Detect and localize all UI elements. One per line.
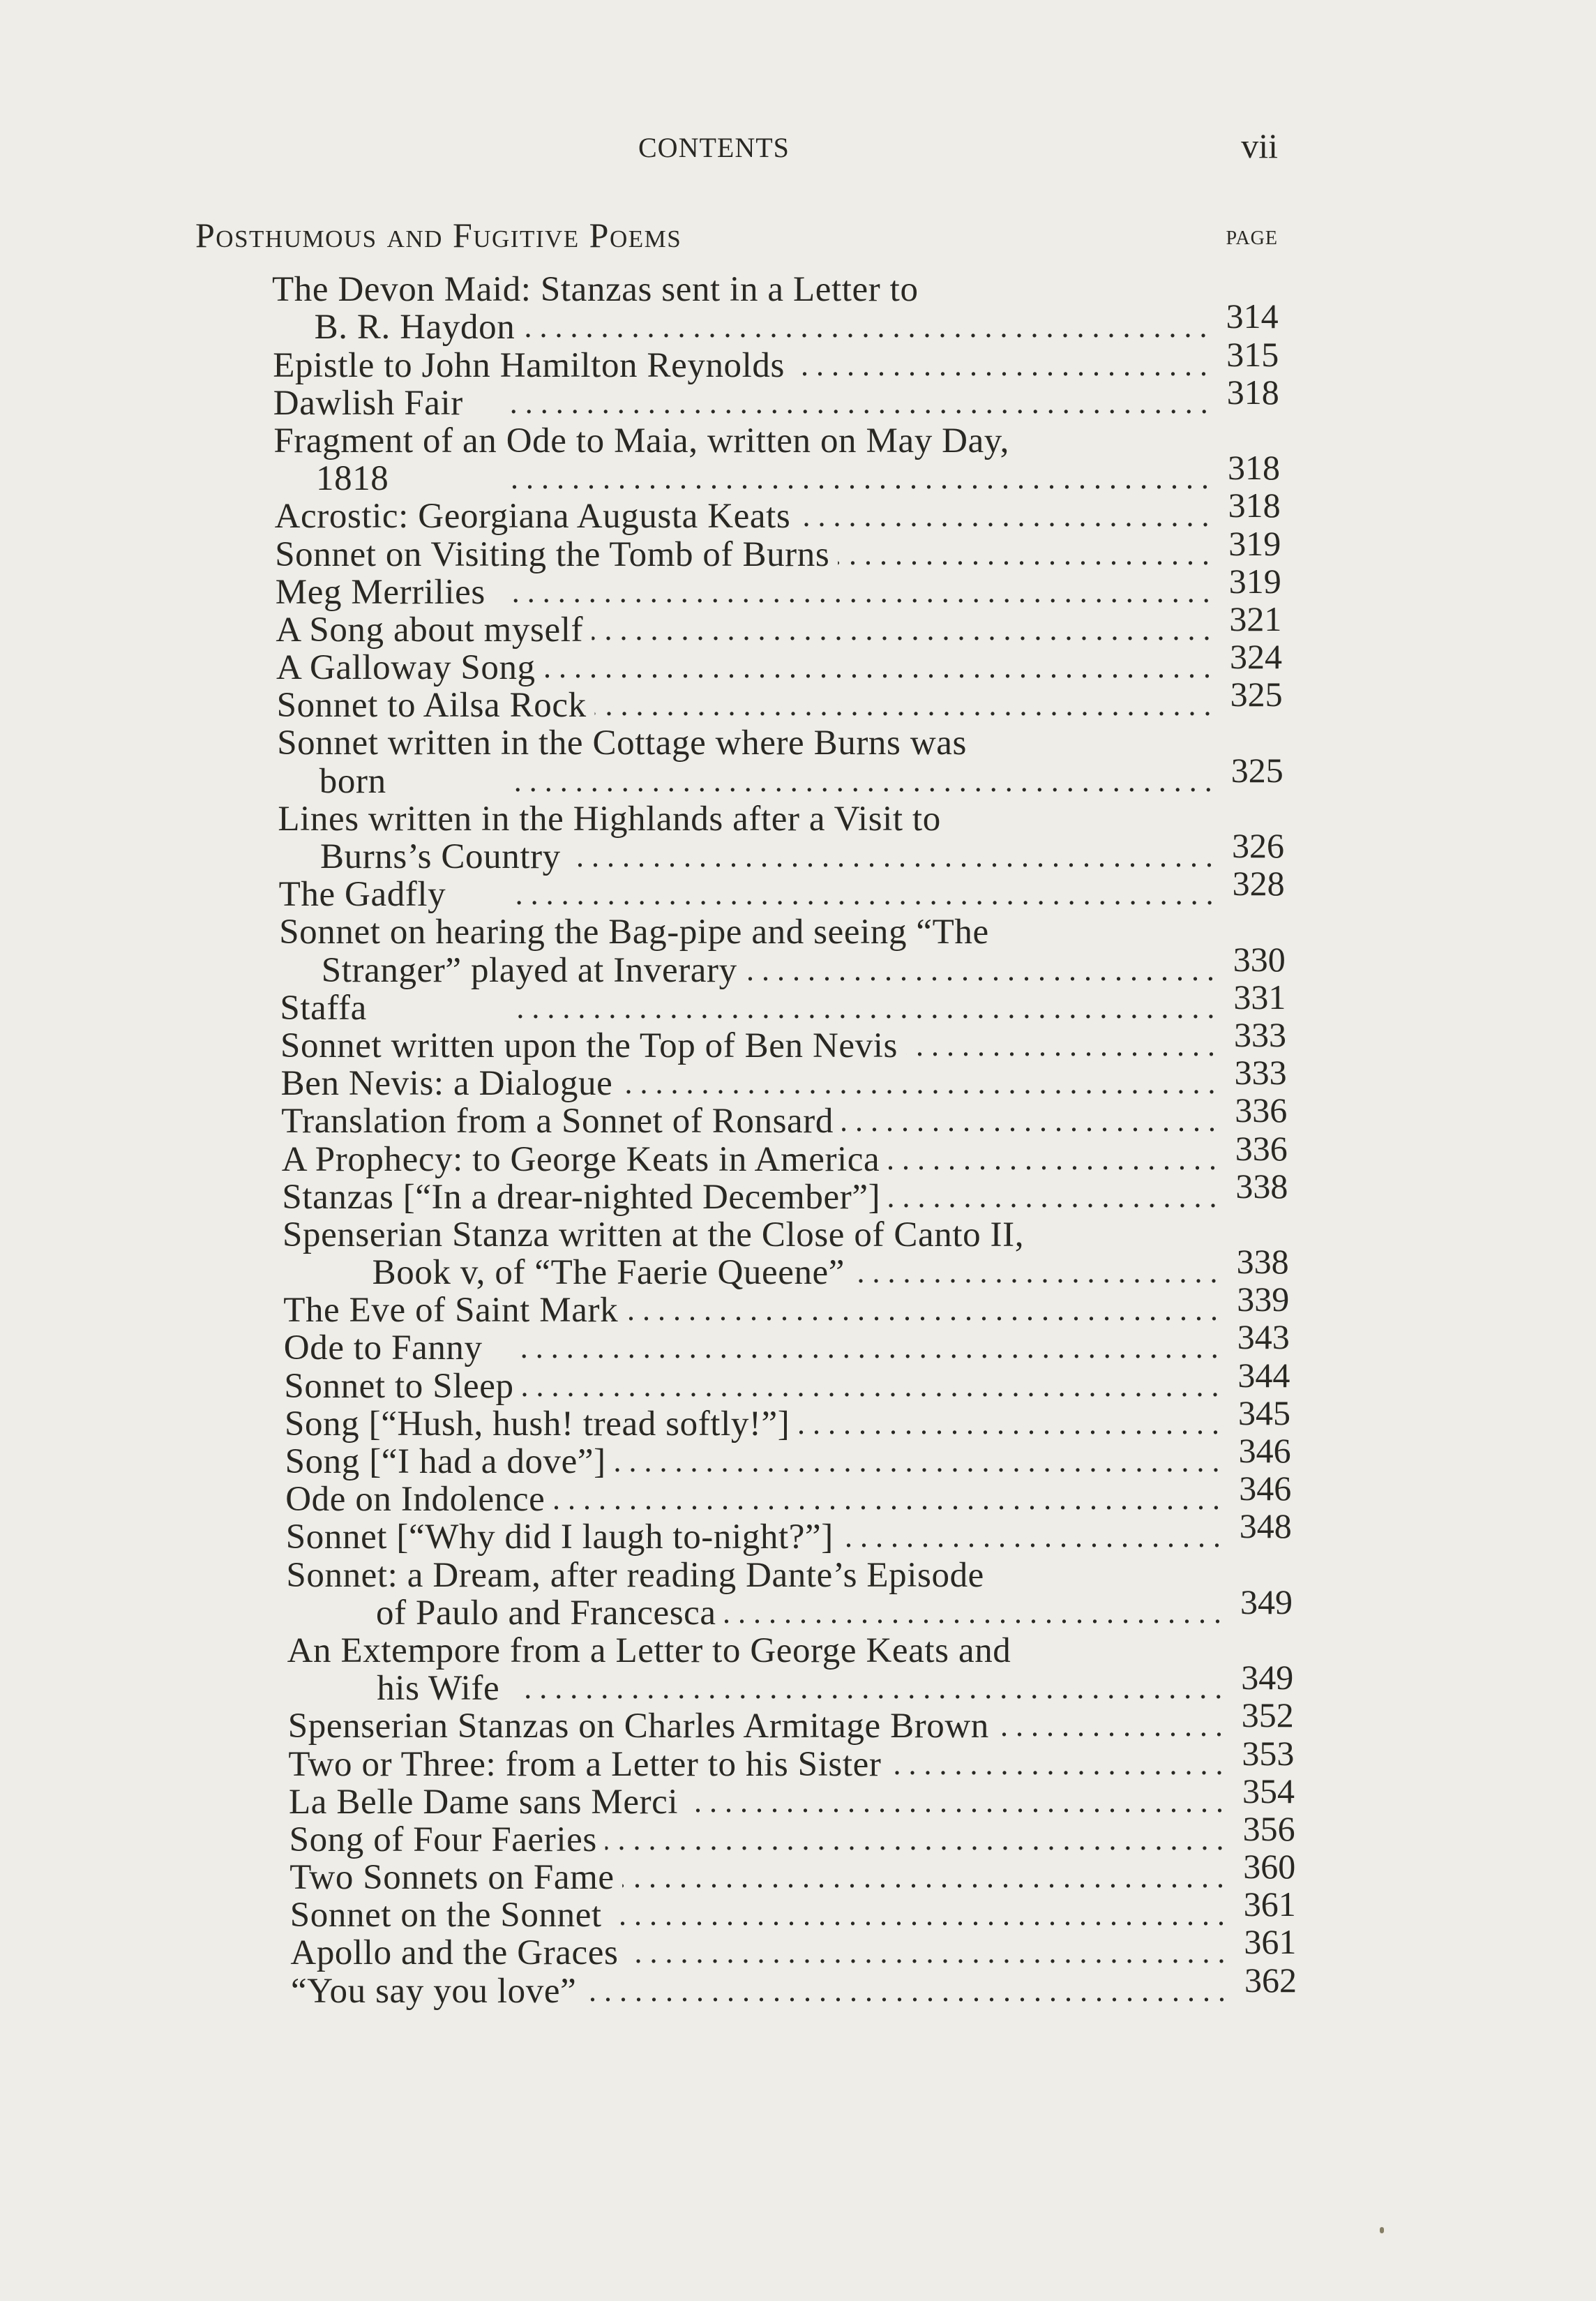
toc-entry: A Galloway Song. . . . . . . . . . . . .… xyxy=(276,649,1282,687)
toc-entry-title: Acrostic: Georgiana Augusta Keats xyxy=(275,497,791,535)
paper-speck xyxy=(1380,2227,1384,2233)
dot-leader: . . . . . . . . . . . . . . . . . . . . … xyxy=(799,497,1209,535)
toc-entry-page: 361 xyxy=(1233,1923,1296,1961)
toc-entry-page: 328 xyxy=(1222,864,1285,902)
toc-entry-title: Spenserian Stanza written at the Close o… xyxy=(283,1216,1024,1254)
toc-entry-page: 338 xyxy=(1226,1243,1289,1280)
dot-leader: . . . . . . . . . . . . . . . . . . . . … xyxy=(621,1065,1215,1102)
toc-entry-title: born xyxy=(278,763,386,800)
toc-entry-page: 318 xyxy=(1218,486,1281,524)
toc-entry: Burns’s Country. . . . . . . . . . . . .… xyxy=(278,838,1284,876)
toc-entry-title: La Belle Dame sans Merci xyxy=(289,1783,678,1821)
dot-leader: . . . . . . . . . . . . . . . . . . . . … xyxy=(725,1594,1221,1632)
toc-entry-title: Sonnet to Ailsa Rock xyxy=(277,687,587,724)
toc-entry: Epistle to John Hamilton Reynolds. . . .… xyxy=(273,346,1279,384)
toc-entry-title: Stanzas [“In a drear-nighted December”] xyxy=(282,1178,880,1216)
running-title: CONTENTS xyxy=(638,131,790,164)
toc-entry-page: 345 xyxy=(1228,1394,1290,1432)
toc-entry-page: 331 xyxy=(1223,978,1286,1016)
toc-entry-page: 346 xyxy=(1228,1432,1291,1469)
toc-entry: Sonnet to Sleep. . . . . . . . . . . . .… xyxy=(284,1367,1290,1404)
toc-entry: Apollo and the Graces. . . . . . . . . .… xyxy=(290,1934,1296,1972)
toc-entry-title: Dawlish Fair xyxy=(273,384,463,422)
toc-entry: Song of Four Faeries. . . . . . . . . . … xyxy=(289,1821,1295,1859)
toc-entry-title: Two or Three: from a Letter to his Siste… xyxy=(288,1746,881,1783)
dot-leader: . . . . . . . . . . . . . . . . . . . . … xyxy=(544,649,1211,687)
toc-entry-title: Burns’s Country xyxy=(278,838,561,876)
dot-leader: . . . . . . . . . . . . . . . . . . . . … xyxy=(746,952,1214,989)
toc-entry-page: 318 xyxy=(1217,449,1280,486)
dot-leader: . . . . . . . . . . . . . . . . . . . . … xyxy=(375,989,1215,1027)
toc-entry-title: Lines written in the Highlands after a V… xyxy=(278,800,941,838)
toc-entry-title: Spenserian Stanzas on Charles Armitage B… xyxy=(288,1707,989,1745)
toc-entry: The Eve of Saint Mark. . . . . . . . . .… xyxy=(283,1291,1289,1329)
toc-entry: Spenserian Stanzas on Charles Armitage B… xyxy=(288,1707,1294,1745)
dot-leader: . . . . . . . . . . . . . . . . . . . . … xyxy=(626,1934,1225,1972)
dot-leader: . . . . . . . . . . . . . . . . . . . . … xyxy=(853,1254,1218,1291)
toc-entry: Stanzas [“In a drear-nighted December”].… xyxy=(282,1178,1288,1216)
toc-entry-title: his Wife xyxy=(287,1670,499,1707)
toc-entry: his Wife. . . . . . . . . . . . . . . . … xyxy=(287,1670,1293,1707)
toc-entry-page: 325 xyxy=(1220,675,1283,713)
dot-leader: . . . . . . . . . . . . . . . . . . . . … xyxy=(838,536,1210,574)
toc-entry-page: 339 xyxy=(1226,1280,1289,1318)
toc-entry-title: Sonnet to Sleep xyxy=(284,1367,513,1405)
toc-entry: of Paulo and Francesca. . . . . . . . . … xyxy=(287,1594,1293,1632)
toc-entry-title: B. R. Haydon xyxy=(273,308,515,346)
toc-entry-title: A Galloway Song xyxy=(276,649,536,687)
dot-leader: . . . . . . . . . . . . . . . . . . . . … xyxy=(494,574,1210,611)
dot-leader: . . . . . . . . . . . . . . . . . . . . … xyxy=(569,838,1213,876)
toc-entry-page: 349 xyxy=(1230,1583,1293,1621)
toc-entry-page: 356 xyxy=(1233,1810,1295,1847)
toc-entry-page: 330 xyxy=(1223,940,1286,978)
page-column-label: PAGE xyxy=(1226,227,1278,250)
toc-entry: Two Sonnets on Fame. . . . . . . . . . .… xyxy=(289,1859,1295,1896)
toc-entry: Ode on Indolence. . . . . . . . . . . . … xyxy=(285,1481,1291,1518)
dot-leader: . . . . . . . . . . . . . . . . . . . . … xyxy=(522,1367,1219,1405)
toc-entry-page: 326 xyxy=(1221,827,1284,864)
toc-entry-title: Song [“Hush, hush! tread softly!”] xyxy=(285,1405,790,1443)
toc-entry-page: 321 xyxy=(1219,600,1281,638)
dot-leader: . . . . . . . . . . . . . . . . . . . . … xyxy=(592,611,1210,649)
toc-entry: Sonnet written in the Cottage where Burn… xyxy=(277,724,1283,762)
toc-entry-title: of Paulo and Francesca xyxy=(287,1594,716,1632)
toc-entry-title: Sonnet [“Why did I laugh to-night?”] xyxy=(286,1518,834,1556)
toc-entry-title: Stranger” played at Inverary xyxy=(280,952,737,989)
dot-leader: . . . . . . . . . . . . . . . . . . . . … xyxy=(472,384,1208,422)
toc-entry-page: 344 xyxy=(1227,1356,1290,1394)
dot-leader: . . . . . . . . . . . . . . . . . . . . … xyxy=(595,687,1212,724)
toc-entry-title: A Prophecy: to George Keats in America xyxy=(282,1141,880,1178)
toc-entry-title: A Song about myself xyxy=(276,611,583,649)
toc-entry: Sonnet to Ailsa Rock. . . . . . . . . . … xyxy=(277,687,1283,724)
toc-entry-page: 333 xyxy=(1224,1016,1286,1054)
toc-entry-page: 360 xyxy=(1233,1847,1295,1885)
toc-entry-title: Ode on Indolence xyxy=(285,1481,545,1518)
toc-entry-title: Sonnet on Visiting the Tomb of Burns xyxy=(275,536,829,574)
toc-entry: 1818. . . . . . . . . . . . . . . . . . … xyxy=(274,460,1280,497)
toc-entry-title: Fragment of an Ode to Maia, written on M… xyxy=(273,422,1009,460)
toc-entry: Sonnet [“Why did I laugh to-night?”]. . … xyxy=(286,1518,1292,1556)
toc-entry-title: Sonnet on hearing the Bag-pipe and seein… xyxy=(279,913,989,951)
toc-entry: La Belle Dame sans Merci. . . . . . . . … xyxy=(289,1783,1295,1821)
dot-leader: . . . . . . . . . . . . . . . . . . . . … xyxy=(798,1405,1219,1443)
dot-leader: . . . . . . . . . . . . . . . . . . . . … xyxy=(626,1291,1218,1329)
toc-entry: Book v, of “The Faerie Queene”. . . . . … xyxy=(283,1254,1289,1291)
toc-entry-title: Sonnet on the Sonnet xyxy=(290,1896,602,1934)
dot-leader: . . . . . . . . . . . . . . . . . . . . … xyxy=(793,347,1207,384)
dot-leader: . . . . . . . . . . . . . . . . . . . . … xyxy=(888,1141,1217,1178)
dot-leader: . . . . . . . . . . . . . . . . . . . . … xyxy=(842,1102,1216,1140)
toc-entry-title: The Gadfly xyxy=(279,876,446,913)
toc-entry-page: 336 xyxy=(1225,1130,1288,1167)
toc-entry: Sonnet on the Sonnet. . . . . . . . . . … xyxy=(290,1896,1296,1934)
toc-entry: Staffa. . . . . . . . . . . . . . . . . … xyxy=(280,989,1286,1027)
toc-entry: A Prophecy: to George Keats in America. … xyxy=(282,1140,1288,1178)
toc-entry: born. . . . . . . . . . . . . . . . . . … xyxy=(278,762,1283,800)
toc-entry-page: 314 xyxy=(1216,297,1279,335)
toc-entry-page: 348 xyxy=(1229,1507,1292,1545)
table-of-contents: The Devon Maid: Stanzas sent in a Letter… xyxy=(272,271,1278,2010)
dot-leader: . . . . . . . . . . . . . . . . . . . . … xyxy=(508,1670,1222,1707)
toc-entry-title: Ode to Fanny xyxy=(284,1329,483,1367)
toc-entry: Two or Three: from a Letter to his Siste… xyxy=(288,1745,1294,1783)
toc-entry-title: The Devon Maid: Stanzas sent in a Letter… xyxy=(272,271,919,308)
toc-entry-title: “You say you love” xyxy=(291,1972,576,2010)
toc-entry-page: 338 xyxy=(1225,1167,1288,1205)
toc-entry-page: 362 xyxy=(1234,1961,1297,1999)
toc-entry: Acrostic: Georgiana Augusta Keats. . . .… xyxy=(275,497,1281,535)
toc-entry-page: 315 xyxy=(1216,336,1279,373)
toc-entry: A Song about myself. . . . . . . . . . .… xyxy=(276,611,1281,649)
dot-leader: . . . . . . . . . . . . . . . . . . . . … xyxy=(605,1821,1224,1859)
toc-entry: “You say you love”. . . . . . . . . . . … xyxy=(291,1972,1297,2009)
toc-entry-title: Meg Merrilies xyxy=(276,574,485,611)
toc-entry: Lines written in the Highlands after a V… xyxy=(278,800,1283,838)
toc-entry-page: 324 xyxy=(1219,638,1282,675)
toc-entry: Translation from a Sonnet of Ronsard. . … xyxy=(281,1102,1287,1140)
toc-entry: Stranger” played at Inverary. . . . . . … xyxy=(280,951,1286,989)
toc-entry: Sonnet on hearing the Bag-pipe and seein… xyxy=(279,913,1285,951)
toc-entry: Song [“I had a dove”]. . . . . . . . . .… xyxy=(285,1443,1291,1481)
toc-entry: Spenserian Stanza written at the Close o… xyxy=(283,1216,1288,1254)
toc-entry-page: 353 xyxy=(1231,1734,1294,1772)
toc-entry-page: 349 xyxy=(1230,1658,1293,1696)
section-heading: Posthumous and Fugitive Poems PAGE xyxy=(195,215,1278,257)
toc-entry: Ben Nevis: a Dialogue. . . . . . . . . .… xyxy=(281,1065,1287,1102)
dot-leader: . . . . . . . . . . . . . . . . . . . . … xyxy=(585,1972,1226,2010)
dot-leader: . . . . . . . . . . . . . . . . . . . . … xyxy=(686,1783,1224,1821)
toc-entry-title: Two Sonnets on Fame xyxy=(289,1859,614,1896)
toc-entry-title: Translation from a Sonnet of Ronsard xyxy=(281,1102,834,1140)
toc-entry-page: 343 xyxy=(1227,1318,1290,1356)
toc-entry: The Gadfly. . . . . . . . . . . . . . . … xyxy=(279,876,1285,913)
toc-entry-page: 319 xyxy=(1219,562,1281,600)
toc-entry: Dawlish Fair. . . . . . . . . . . . . . … xyxy=(273,384,1279,422)
toc-entry-title: Sonnet written in the Cottage where Burn… xyxy=(277,724,967,762)
dot-leader: . . . . . . . . . . . . . . . . . . . . … xyxy=(906,1027,1215,1065)
dot-leader: . . . . . . . . . . . . . . . . . . . . … xyxy=(842,1518,1221,1556)
toc-entry-page: 318 xyxy=(1217,373,1279,411)
toc-entry-title: Ben Nevis: a Dialogue xyxy=(281,1065,613,1102)
dot-leader: . . . . . . . . . . . . . . . . . . . . … xyxy=(523,308,1207,346)
toc-entry-title: Sonnet: a Dream, after reading Dante’s E… xyxy=(286,1557,984,1594)
dot-leader: . . . . . . . . . . . . . . . . . . . . … xyxy=(998,1707,1223,1745)
toc-entry-title: Song [“I had a dove”] xyxy=(285,1443,606,1481)
toc-entry-title: The Eve of Saint Mark xyxy=(283,1291,618,1329)
dot-leader: . . . . . . . . . . . . . . . . . . . . … xyxy=(889,1178,1217,1216)
toc-entry: Meg Merrilies. . . . . . . . . . . . . .… xyxy=(276,574,1281,611)
toc-entry-page: 333 xyxy=(1224,1054,1287,1091)
dot-leader: . . . . . . . . . . . . . . . . . . . . … xyxy=(623,1859,1225,1896)
dot-leader: . . . . . . . . . . . . . . . . . . . . … xyxy=(615,1443,1220,1481)
toc-entry-page: 354 xyxy=(1232,1772,1295,1810)
dot-leader: . . . . . . . . . . . . . . . . . . . . … xyxy=(397,460,1209,497)
page-number-folio: vii xyxy=(1241,126,1278,166)
toc-entry-title: Epistle to John Hamilton Reynolds xyxy=(273,347,785,384)
toc-entry-title: 1818 xyxy=(274,460,389,497)
toc-entry-title: Sonnet written upon the Top of Ben Nevis xyxy=(280,1027,898,1065)
toc-entry: Sonnet: a Dream, after reading Dante’s E… xyxy=(286,1556,1292,1594)
toc-entry-title: Book v, of “The Faerie Queene” xyxy=(283,1254,845,1291)
toc-entry-page: 361 xyxy=(1233,1885,1296,1923)
dot-leader: . . . . . . . . . . . . . . . . . . . . … xyxy=(454,876,1213,913)
toc-entry: Fragment of an Ode to Maia, written on M… xyxy=(273,422,1279,460)
toc-entry-page: 319 xyxy=(1218,525,1281,562)
toc-entry-title: Staffa xyxy=(280,989,366,1027)
dot-leader: . . . . . . . . . . . . . . . . . . . . … xyxy=(491,1329,1219,1367)
toc-entry: Ode to Fanny. . . . . . . . . . . . . . … xyxy=(284,1329,1290,1367)
toc-entry: The Devon Maid: Stanzas sent in a Letter… xyxy=(272,271,1278,308)
toc-entry-title: Song of Four Faeries xyxy=(289,1821,597,1859)
dot-leader: . . . . . . . . . . . . . . . . . . . . … xyxy=(610,1896,1225,1934)
toc-entry-page: 325 xyxy=(1221,751,1283,789)
section-title: Posthumous and Fugitive Poems xyxy=(195,215,682,255)
toc-entry-title: An Extempore from a Letter to George Kea… xyxy=(287,1632,1011,1670)
running-head: CONTENTS vii xyxy=(0,131,1596,173)
toc-entry-page: 346 xyxy=(1228,1469,1291,1507)
toc-entry: Sonnet on Visiting the Tomb of Burns. . … xyxy=(275,535,1281,573)
toc-entry-page: 336 xyxy=(1224,1091,1287,1129)
toc-entry-page: 352 xyxy=(1231,1696,1294,1734)
dot-leader: . . . . . . . . . . . . . . . . . . . . … xyxy=(395,763,1212,800)
toc-entry: Sonnet written upon the Top of Ben Nevis… xyxy=(280,1027,1286,1065)
toc-entry-title: Apollo and the Graces xyxy=(290,1934,618,1972)
dot-leader: . . . . . . . . . . . . . . . . . . . . … xyxy=(553,1481,1220,1518)
toc-entry: An Extempore from a Letter to George Kea… xyxy=(287,1632,1293,1670)
dot-leader: . . . . . . . . . . . . . . . . . . . . … xyxy=(889,1746,1223,1783)
toc-entry: B. R. Haydon. . . . . . . . . . . . . . … xyxy=(273,308,1279,346)
toc-entry: Song [“Hush, hush! tread softly!”]. . . … xyxy=(285,1405,1290,1443)
